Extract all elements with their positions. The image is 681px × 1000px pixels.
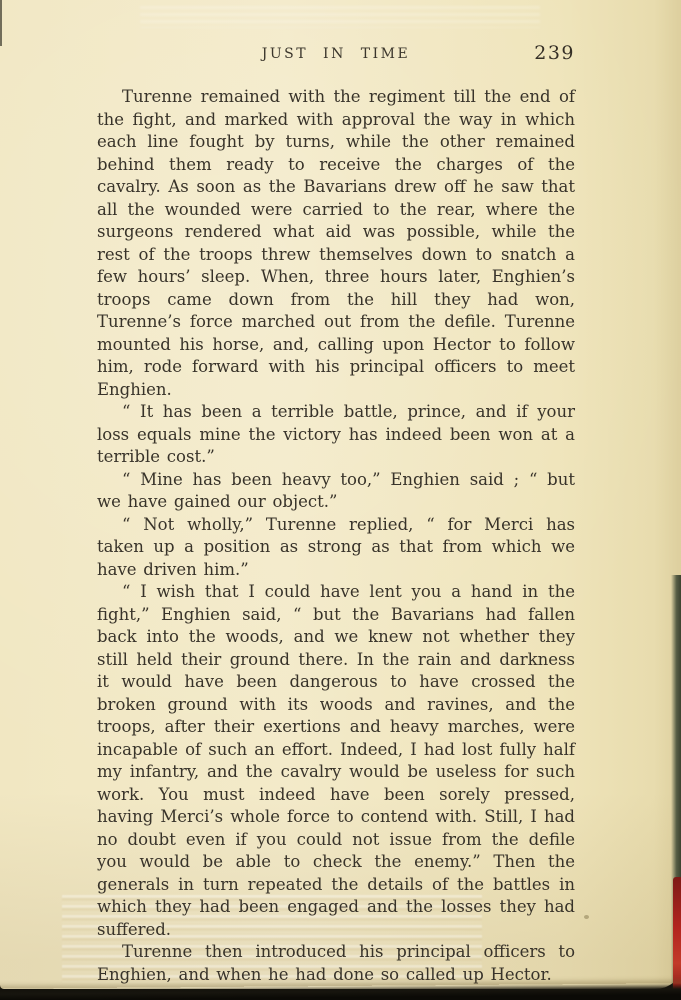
body-text: Turenne remained with the regiment till … [97,86,575,986]
page-number: 239 [534,42,575,64]
page-curvature-highlight [140,6,540,28]
paragraph: Turenne then introduced his principal of… [97,941,575,986]
running-header: JUST IN TIME 239 [97,46,575,66]
paragraph: “ It has been a terrible battle, prince,… [97,401,575,469]
paper-speck [584,915,589,919]
paragraph: Turenne remained with the regiment till … [97,86,575,401]
paragraph: “ Not wholly,” Turenne replied, “ for Me… [97,514,575,582]
paragraph: “ I wish that I could have lent you a ha… [97,581,575,941]
scanned-book-page: JUST IN TIME 239 Turenne remained with t… [0,0,681,1000]
scan-corner-shadow [0,0,2,46]
book-edge-red-strip [673,877,681,992]
chapter-running-title: JUST IN TIME [97,46,575,62]
text-block: JUST IN TIME 239 Turenne remained with t… [97,46,575,986]
paragraph: “ Mine has been heavy too,” Enghien said… [97,469,575,514]
paper-sheet: JUST IN TIME 239 Turenne remained with t… [0,0,681,989]
